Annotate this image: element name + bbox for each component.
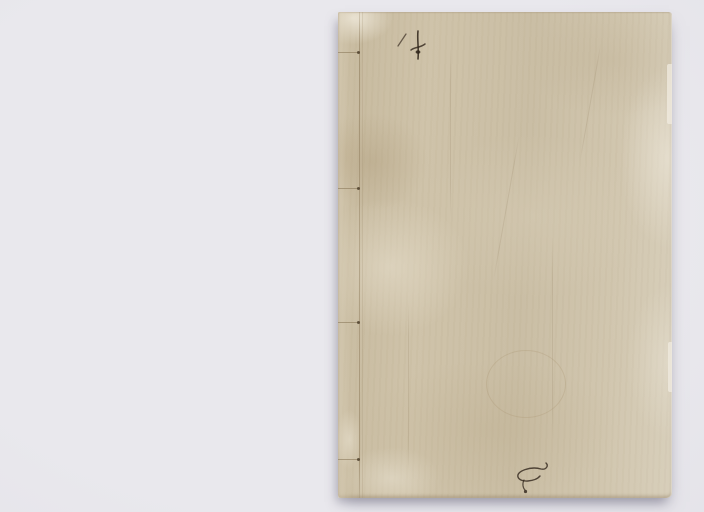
photo-background: [0, 0, 704, 512]
paper-crease: [552, 238, 553, 438]
bottom-ink-flourish: [509, 456, 555, 498]
binding-strip: [338, 12, 360, 498]
worn-edge-patch: [667, 64, 672, 124]
paper-crease: [408, 302, 409, 472]
stitch-knot: [357, 51, 360, 54]
top-ink-mark-glyph: [393, 26, 435, 68]
binding-fold-crease: [362, 12, 363, 498]
book-cover: [338, 12, 672, 498]
paper-crease: [493, 133, 520, 281]
top-ink-mark: [393, 26, 435, 68]
binding-stitch: [338, 188, 359, 189]
binding-thread-line: [359, 12, 360, 498]
stitch-knot: [357, 321, 360, 324]
binding-stitch: [338, 322, 359, 323]
ring-stain: [486, 350, 566, 418]
binding-stitch: [338, 459, 359, 460]
stitch-knot: [357, 458, 360, 461]
worn-edge-patch: [668, 342, 672, 392]
paper-crease: [450, 48, 451, 218]
bottom-ink-flourish-glyph: [509, 456, 555, 498]
paper-crease: [580, 43, 602, 161]
stitch-knot: [357, 187, 360, 190]
binding-stitch: [338, 52, 359, 53]
